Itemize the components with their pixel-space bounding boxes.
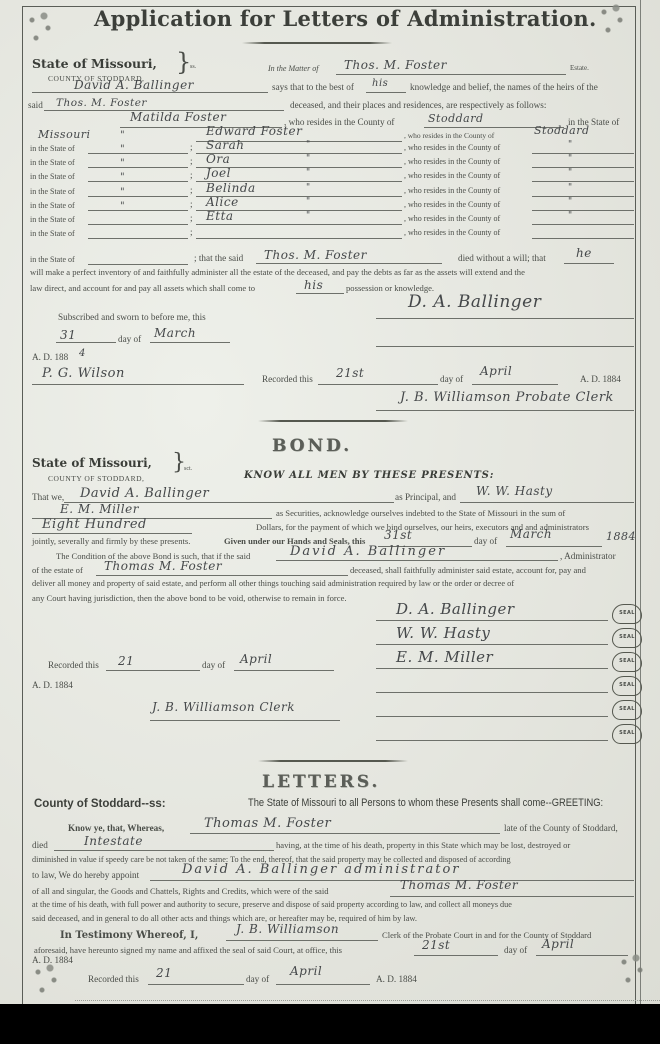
- his-value: his: [304, 278, 323, 292]
- inventory-text: will make a perfect inventory of and fai…: [30, 267, 525, 277]
- estate-of-line: [96, 575, 348, 576]
- county-line: [532, 167, 634, 168]
- testimony-day-of: day of: [504, 945, 527, 955]
- seal-icon: SEAL: [612, 676, 642, 696]
- document-page: Application for Letters of Administratio…: [0, 0, 660, 1004]
- heir-name: Ora: [206, 152, 230, 166]
- in-state-of-label: in the State of: [30, 201, 75, 210]
- who-resides-label: , who resides in the County of: [404, 143, 500, 152]
- heir-ditto: ": [306, 183, 311, 193]
- state-heading: State of Missouri,: [32, 56, 157, 71]
- in-state-of-label: in the State of: [30, 172, 75, 181]
- who-resides-label: , who resides in the County of: [404, 157, 500, 166]
- state-line: [88, 210, 188, 211]
- day-of-label: day of: [474, 536, 497, 546]
- deliver-text: deliver all money and property of said e…: [32, 579, 514, 588]
- separator: ;: [190, 156, 193, 166]
- who-resides-label: , who resides in the County of: [404, 171, 500, 180]
- that-the-said-label: ; that the said: [194, 253, 243, 263]
- know-ye-text: Know ye, that, Whereas,: [68, 823, 164, 833]
- died-value: Intestate: [84, 834, 143, 848]
- pronoun-his: his: [372, 78, 388, 89]
- late-of-text: late of the County of Stoddard,: [504, 823, 618, 833]
- testimony-day-line: [414, 955, 498, 956]
- heir-name: Etta: [206, 209, 234, 223]
- condition-name: David A. Ballinger: [290, 544, 446, 559]
- seal-icon: SEAL: [612, 628, 642, 648]
- bond-clerk-line: [150, 720, 340, 721]
- applicant-signature: D. A. Ballinger: [408, 292, 541, 312]
- county-line: [532, 153, 634, 154]
- security-1-line: [460, 502, 634, 503]
- recorded-label: Recorded this: [262, 374, 313, 384]
- notary-line: [32, 384, 244, 385]
- notary-signature: P. G. Wilson: [42, 366, 125, 381]
- sct-label: sct.: [184, 466, 192, 472]
- bond-signature: W. W. Hasty: [396, 624, 490, 642]
- in-state-of-label: in the State of: [30, 215, 75, 224]
- in-state-of-label: in the State of: [30, 187, 75, 196]
- signature-line: [376, 668, 608, 669]
- who-resides-label: , who resides in the County of: [404, 200, 500, 209]
- seal-icon: SEAL: [612, 604, 642, 624]
- recorded-ad: A. D. 1884: [580, 374, 621, 384]
- said-deceased-text: said deceased, and in general to do all …: [32, 914, 417, 923]
- heir-county: ": [568, 211, 573, 221]
- heir-ditto: ": [306, 211, 311, 221]
- heir-state: ": [120, 158, 125, 169]
- law-direct-text: law direct, and account for and pay all …: [30, 283, 255, 293]
- corner-ornament-bottom-left: [26, 960, 66, 1000]
- county-line: [532, 196, 634, 197]
- perforation-edge: [75, 1000, 660, 1004]
- signature-line: [376, 620, 608, 621]
- heir-name: Joel: [206, 166, 231, 180]
- bond-title: BOND.: [272, 436, 352, 456]
- estate-of-label: of the estate of: [32, 565, 83, 575]
- recorded-day-of: day of: [440, 374, 463, 384]
- subscribed-month-line: [150, 342, 230, 343]
- bond-recorded-label: Recorded this: [48, 660, 99, 670]
- died-label: died: [32, 840, 48, 850]
- state-line: [88, 153, 188, 154]
- letters-recorded-month-line: [276, 984, 370, 985]
- heir-state: ": [120, 187, 125, 198]
- corner-ornament-bottom-right: [612, 950, 652, 990]
- recorded-day-line: [318, 384, 438, 385]
- who-resides-label: , who resides in the County of: [404, 214, 500, 223]
- appointee-name: David A. Ballinger administrator: [182, 862, 461, 877]
- brace: }: [176, 48, 191, 76]
- heir-county: Stoddard: [534, 124, 590, 137]
- given-day: 31st: [384, 528, 412, 542]
- security-2-name: E. M. Miller: [60, 502, 139, 516]
- heir-name: Sarah: [206, 138, 245, 152]
- as-principal-text: as Principal, and: [395, 492, 456, 502]
- said-label: said: [28, 100, 43, 110]
- clerk-signature: J. B. Williamson Probate Clerk: [400, 390, 614, 405]
- section-rule: [258, 420, 408, 422]
- bond-clerk-signature: J. B. Williamson Clerk: [152, 700, 295, 714]
- recorded-month: April: [480, 364, 512, 378]
- amount-value: Eight Hundred: [42, 517, 147, 532]
- goods-text: of all and singular, the Goods and Chatt…: [32, 886, 329, 896]
- in-matter-label: In the Matter of: [268, 64, 318, 73]
- bond-day-of-label: day of: [202, 660, 225, 670]
- separator: ;: [190, 142, 193, 152]
- given-month: March: [510, 527, 552, 541]
- letters-title: LETTERS.: [262, 772, 380, 792]
- heir-state: ": [120, 172, 125, 183]
- who-resides-label: , who resides in the County of: [404, 131, 494, 140]
- his-line: [296, 293, 344, 294]
- heir-name: Edward Foster: [206, 124, 302, 138]
- securities-text: as Securities, acknowledge ourselves ind…: [276, 508, 565, 518]
- that-we-label: That we,: [32, 492, 64, 502]
- separator: ;: [190, 199, 193, 209]
- in-matter-value: Thos. M. Foster: [344, 58, 447, 72]
- bond-signature: E. M. Miller: [396, 648, 493, 666]
- letters-recorded-day-of: day of: [246, 974, 269, 984]
- letters-county-heading: County of Stoddard--ss:: [34, 798, 166, 810]
- bond-recorded-day: 21: [118, 654, 134, 668]
- in-state-of-label: in the State of: [30, 229, 75, 238]
- letters-recorded-month: April: [290, 964, 322, 978]
- heir-state: ": [120, 201, 125, 212]
- principal-name: David A. Ballinger: [80, 486, 209, 501]
- in-matter-line: [336, 74, 566, 75]
- clerk-line: [376, 410, 634, 411]
- appoint-text: to law, We do hereby appoint: [32, 870, 139, 880]
- title-rule: [242, 42, 392, 44]
- bond-signature: D. A. Ballinger: [396, 600, 515, 618]
- corner-ornament-top-right: [592, 0, 632, 40]
- subscribed-day: 31: [60, 328, 76, 342]
- heir-ditto: ": [306, 197, 311, 207]
- letters-deceased-name: Thomas M. Foster: [204, 816, 331, 831]
- testimony-month: April: [542, 937, 574, 951]
- in-state-of-label: in the State of: [30, 255, 75, 264]
- heir-ditto: ": [306, 154, 311, 164]
- ad-year-digit: 4: [79, 348, 86, 359]
- pronoun-line: [366, 92, 406, 93]
- says-text: says that to the best of: [272, 82, 354, 92]
- any-court-text: any Court having jurisdiction, then the …: [32, 593, 347, 603]
- heir-line: [196, 224, 402, 225]
- ad-label: A. D. 188: [32, 352, 68, 362]
- state-line: [88, 238, 188, 239]
- subscribed-text: Subscribed and sworn to before me, this: [58, 312, 206, 322]
- testimony-name-line: [226, 940, 378, 941]
- bond-deceased-text: deceased, shall faithfully administer sa…: [350, 565, 586, 575]
- bond-state-heading: State of Missouri,: [32, 456, 152, 470]
- he-line: [564, 263, 614, 264]
- signature-line: [376, 644, 608, 645]
- signature-line: [376, 692, 608, 693]
- security-1-name: W. W. Hasty: [476, 484, 553, 498]
- in-state-of-label: in the State of: [30, 158, 75, 167]
- heir-name: Matilda Foster: [130, 110, 226, 124]
- heir-county: ": [568, 168, 573, 178]
- died-name: Thos. M. Foster: [264, 248, 367, 262]
- applicant-name: David A. Ballinger: [74, 78, 194, 92]
- ss-label: ss.: [190, 64, 196, 70]
- signature-line: [376, 740, 608, 741]
- bond-county-label: COUNTY OF STODDARD,: [48, 474, 144, 483]
- goods-name: Thomas M. Foster: [400, 878, 518, 892]
- state-line: [88, 167, 188, 168]
- deceased-line: [190, 833, 500, 834]
- separator: ;: [190, 170, 193, 180]
- bond-recorded-ad: A. D. 1884: [32, 680, 73, 690]
- heir-name: Belinda: [206, 181, 256, 195]
- section-rule: [258, 760, 408, 762]
- who-resides-label: , who resides in the County of: [404, 228, 500, 237]
- died-name-line: [256, 263, 442, 264]
- who-resides-label: , who resides in the County of: [404, 186, 500, 195]
- county-line: [532, 224, 634, 225]
- county-line: [532, 238, 634, 239]
- application-title: Application for Letters of Administratio…: [94, 6, 597, 31]
- heir-state: Missouri: [38, 128, 91, 141]
- heir-county: ": [568, 183, 573, 193]
- separator: ;: [190, 227, 193, 237]
- separator: ;: [190, 185, 193, 195]
- seal-icon: SEAL: [612, 700, 642, 720]
- applicant-line: [32, 92, 268, 93]
- letters-recorded-ad: A. D. 1884: [376, 974, 417, 984]
- given-year: 1884: [606, 530, 636, 543]
- heir-state: ": [120, 130, 125, 141]
- heir-name: Alice: [206, 195, 239, 209]
- seal-icon: SEAL: [612, 652, 642, 672]
- recorded-month-line: [472, 384, 558, 385]
- time-of-death-text: at the time of his death, with full powe…: [32, 900, 512, 909]
- testimony-day: 21st: [422, 938, 450, 952]
- administrator-label: , Administrator: [560, 551, 616, 561]
- testimony-month-line: [536, 955, 628, 956]
- state-line: [88, 264, 188, 265]
- separator: ;: [190, 213, 193, 223]
- page-border-right: [640, 0, 641, 1004]
- corner-ornament-top-left: [20, 8, 60, 48]
- heir-county: ": [568, 197, 573, 207]
- in-state-of-label: in the State of: [30, 144, 75, 153]
- greeting-text: The State of Missouri to all Persons to …: [248, 797, 603, 809]
- subscribed-month: March: [154, 326, 196, 340]
- know-all-heading: KNOW ALL MEN BY THESE PRESENTS:: [244, 470, 494, 481]
- he-value: he: [576, 246, 592, 260]
- goods-name-line: [390, 896, 634, 897]
- deceased-text: deceased, and their places and residence…: [290, 100, 546, 110]
- signature-line: [376, 716, 608, 717]
- county-line: [532, 210, 634, 211]
- heir-county: Stoddard: [428, 112, 484, 125]
- heir-state: ": [120, 144, 125, 155]
- county-line: [532, 181, 634, 182]
- day-of-label: day of: [118, 334, 141, 344]
- bond-recorded-month-line: [234, 670, 334, 671]
- appointee-line: [150, 880, 634, 881]
- knowledge-text: knowledge and belief, the names of the h…: [410, 82, 598, 92]
- died-text: died without a will; that: [458, 253, 546, 263]
- amount-line: [32, 533, 192, 534]
- signature-line: [376, 318, 634, 319]
- condition-name-line: [276, 560, 558, 561]
- letters-recorded-day: 21: [156, 966, 172, 980]
- deceased-name-short: Thos. M. Foster: [56, 97, 147, 109]
- heir-ditto: ": [306, 140, 311, 150]
- testimony-name: J. B. Williamson: [236, 922, 339, 936]
- estate-of-name: Thomas M. Foster: [104, 559, 222, 573]
- testimony-ad: A. D. 1884: [32, 955, 73, 965]
- jointly-text: jointly, severally and firmly by these p…: [32, 536, 190, 546]
- subscribed-day-line: [56, 342, 116, 343]
- state-line: [88, 181, 188, 182]
- heir-county: ": [568, 140, 573, 150]
- recorded-day: 21st: [336, 366, 364, 380]
- heir-ditto: ": [306, 168, 311, 178]
- bond-recorded-day-line: [106, 670, 200, 671]
- heir-line: [196, 238, 402, 239]
- seal-icon: SEAL: [612, 724, 642, 744]
- signature-line-2: [376, 346, 634, 347]
- heir-county: ": [568, 154, 573, 164]
- given-month-line: [506, 546, 602, 547]
- state-line: [88, 224, 188, 225]
- aforesaid-text: aforesaid, have hereunto signed my name …: [34, 945, 342, 955]
- bond-recorded-month: April: [240, 652, 272, 666]
- state-line: [88, 196, 188, 197]
- letters-recorded-label: Recorded this: [88, 974, 139, 984]
- died-line: [54, 850, 274, 851]
- estate-label: Estate.: [570, 64, 589, 72]
- testimony-label: In Testimony Whereof, I,: [60, 930, 198, 941]
- having-text: having, at the time of his death, proper…: [276, 840, 570, 850]
- letters-recorded-day-line: [148, 984, 244, 985]
